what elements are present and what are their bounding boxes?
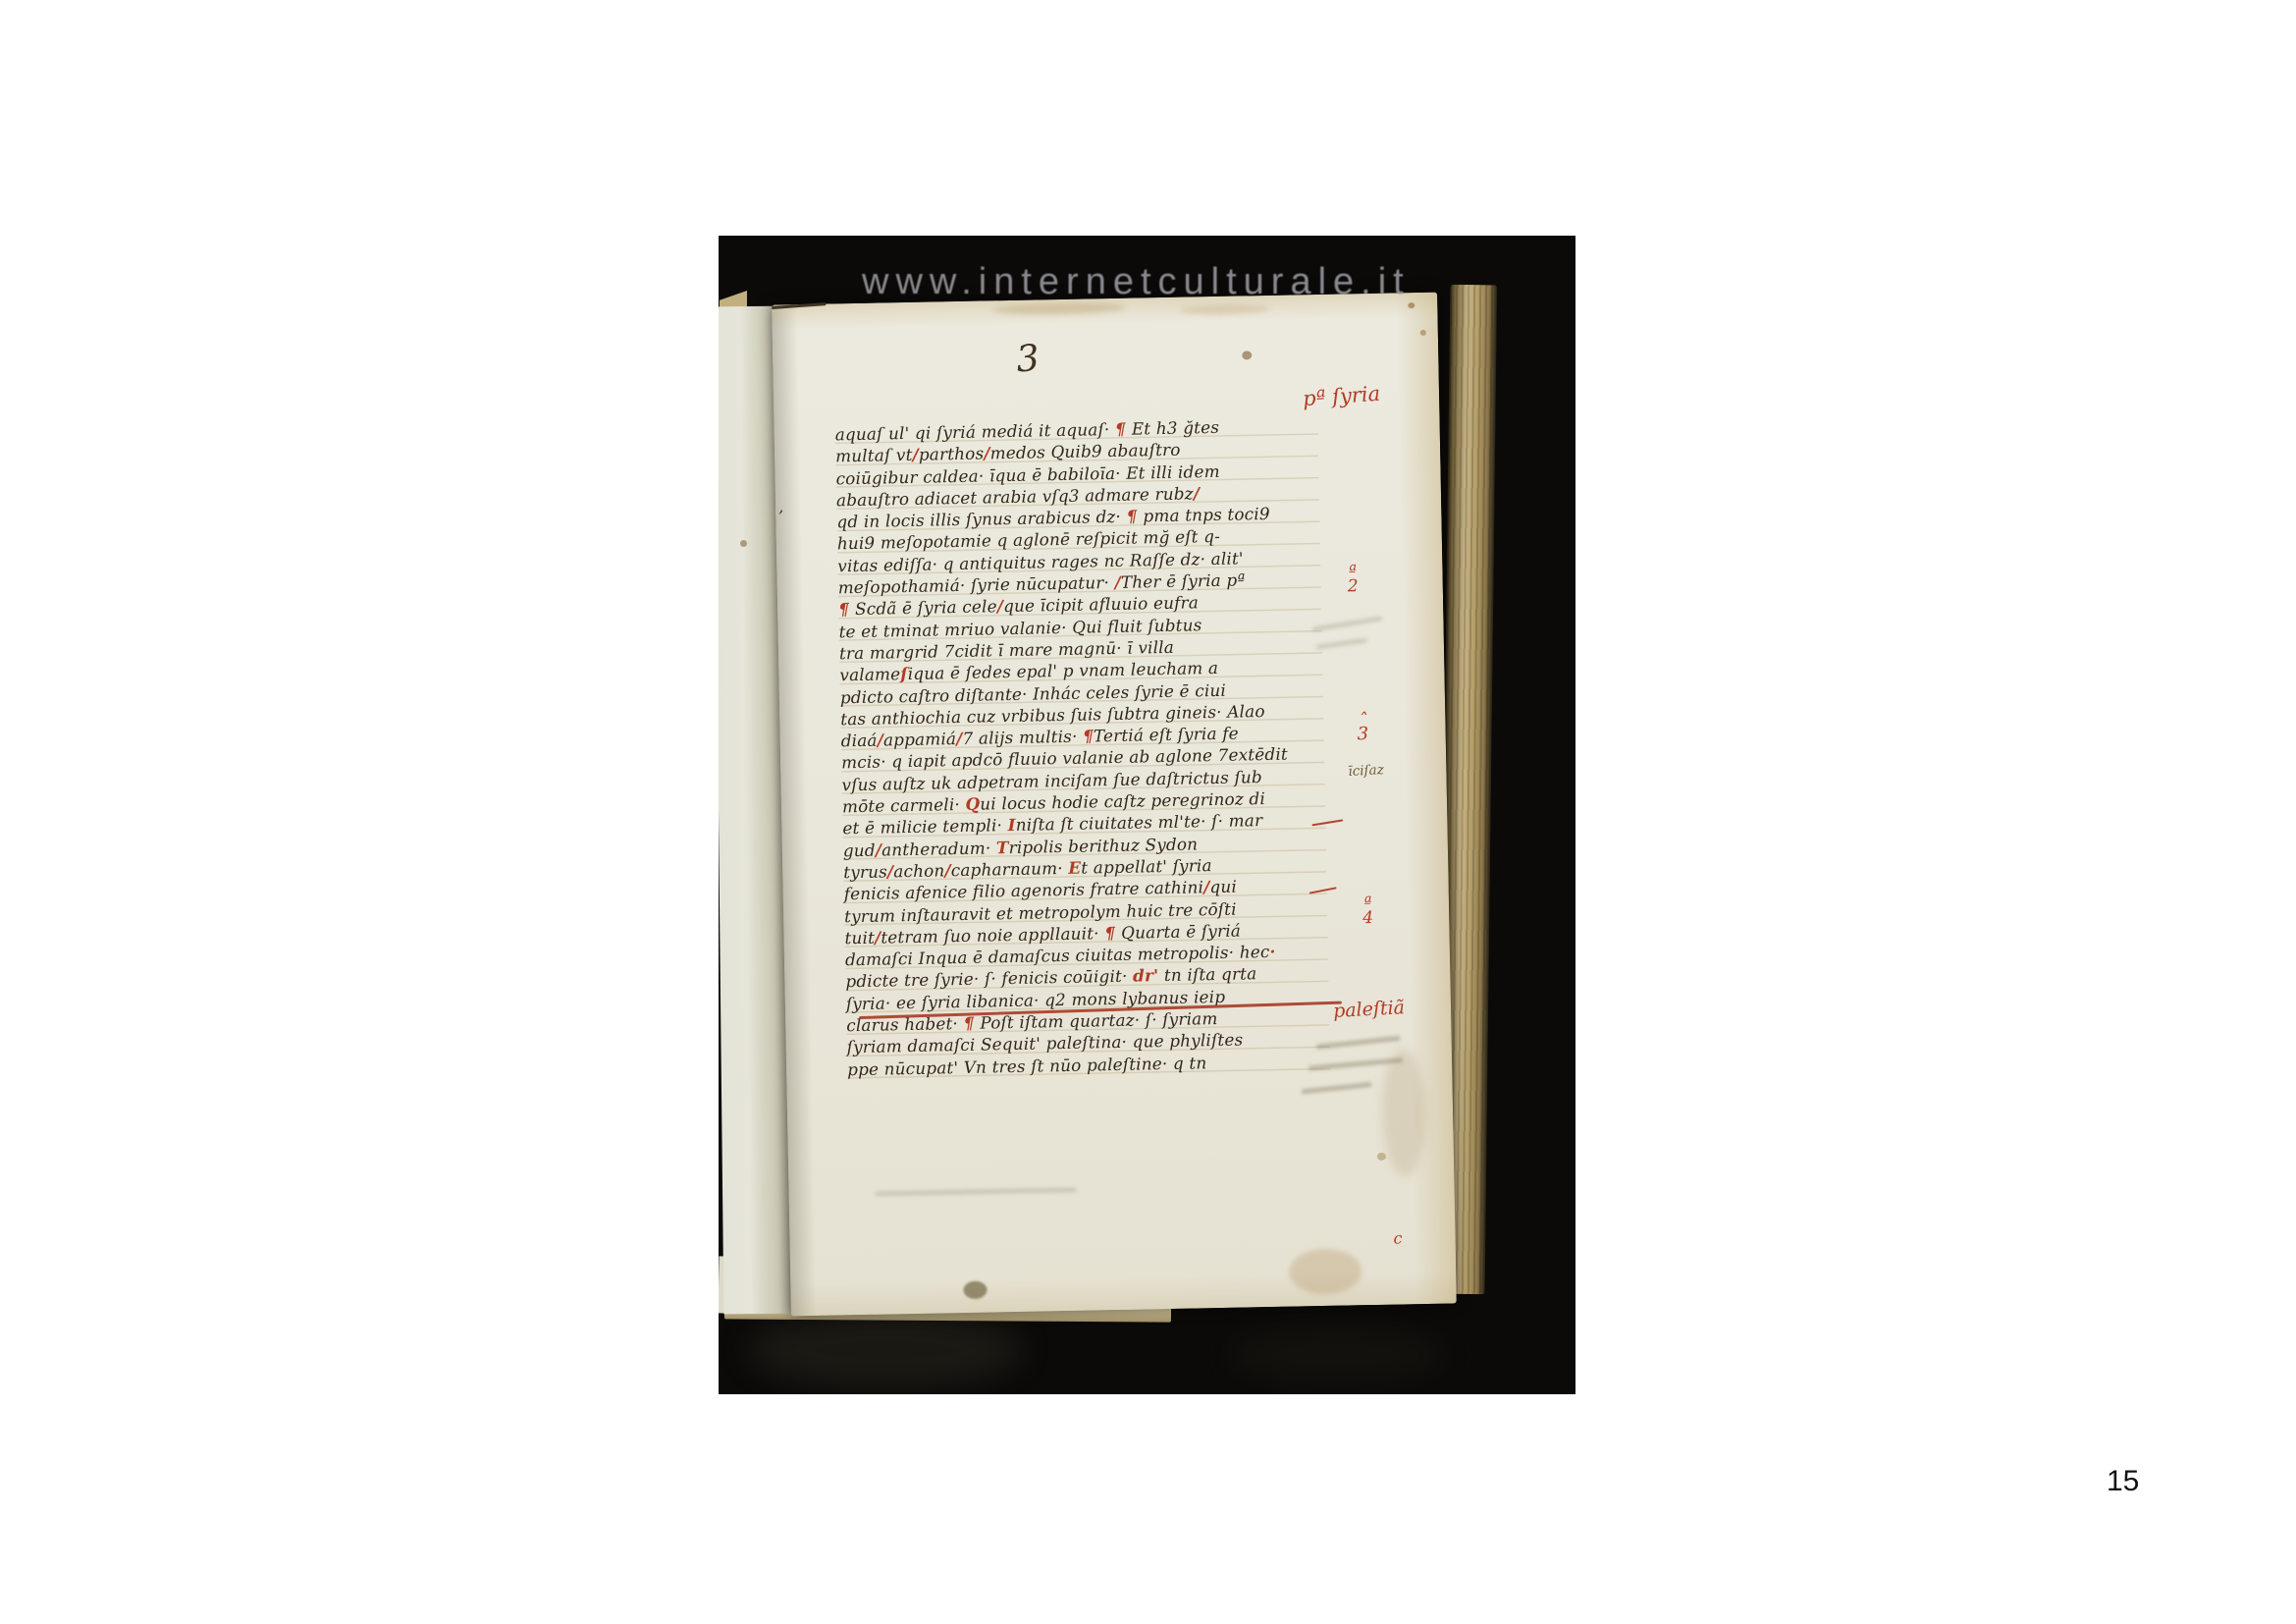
stain <box>1179 304 1269 315</box>
folio-number: 3 <box>1014 337 1041 381</box>
scanned-document-sheet: 3 aquaſ ul' qi ſyriá mediá it aquaſ· ¶ E… <box>0 0 2296 1624</box>
ink-spot <box>740 540 747 547</box>
watermark-text: www.internetculturale.it <box>862 261 1411 303</box>
margin-ink-dash <box>772 302 826 308</box>
ink-spot <box>1242 351 1252 359</box>
margin-left-mark: , <box>778 497 783 515</box>
margin-note-incisaz: īciſaz <box>1348 762 1384 780</box>
margin-note-prima-syria: pª ſyria <box>1302 382 1381 411</box>
margin-letter-c: c <box>1393 1228 1402 1247</box>
photo-shadow-patch <box>748 1311 1023 1389</box>
manuscript-photo: 3 aquaſ ul' qi ſyriá mediá it aquaſ· ¶ E… <box>719 236 1575 1394</box>
ghost-writing <box>1302 1082 1372 1095</box>
stain <box>1377 1153 1386 1161</box>
ghost-writing <box>876 1188 1077 1196</box>
ghost-writing <box>1312 617 1383 631</box>
margin-note-secunda: ª 2 <box>1347 565 1358 594</box>
sheet-page-number: 15 <box>2107 1465 2139 1498</box>
blot <box>963 1281 987 1299</box>
stain <box>1289 1248 1362 1294</box>
margin-note-tertia: ˆ 3 <box>1357 714 1368 741</box>
stain <box>992 302 1125 316</box>
photo-shadow-patch <box>1229 1326 1445 1384</box>
stain <box>1381 1049 1426 1177</box>
ink-spot <box>1420 330 1426 336</box>
manuscript-leaf: 3 aquaſ ul' qi ſyriá mediá it aquaſ· ¶ E… <box>772 293 1457 1317</box>
margin-note-quarta: ª 4 <box>1362 896 1373 926</box>
manuscript-text-block: aquaſ ul' qi ſyriá mediá it aquaſ· ¶ Et … <box>835 414 1331 1080</box>
margin-note-palestina: paleſtiã <box>1333 997 1406 1022</box>
ghost-writing <box>1316 638 1367 649</box>
